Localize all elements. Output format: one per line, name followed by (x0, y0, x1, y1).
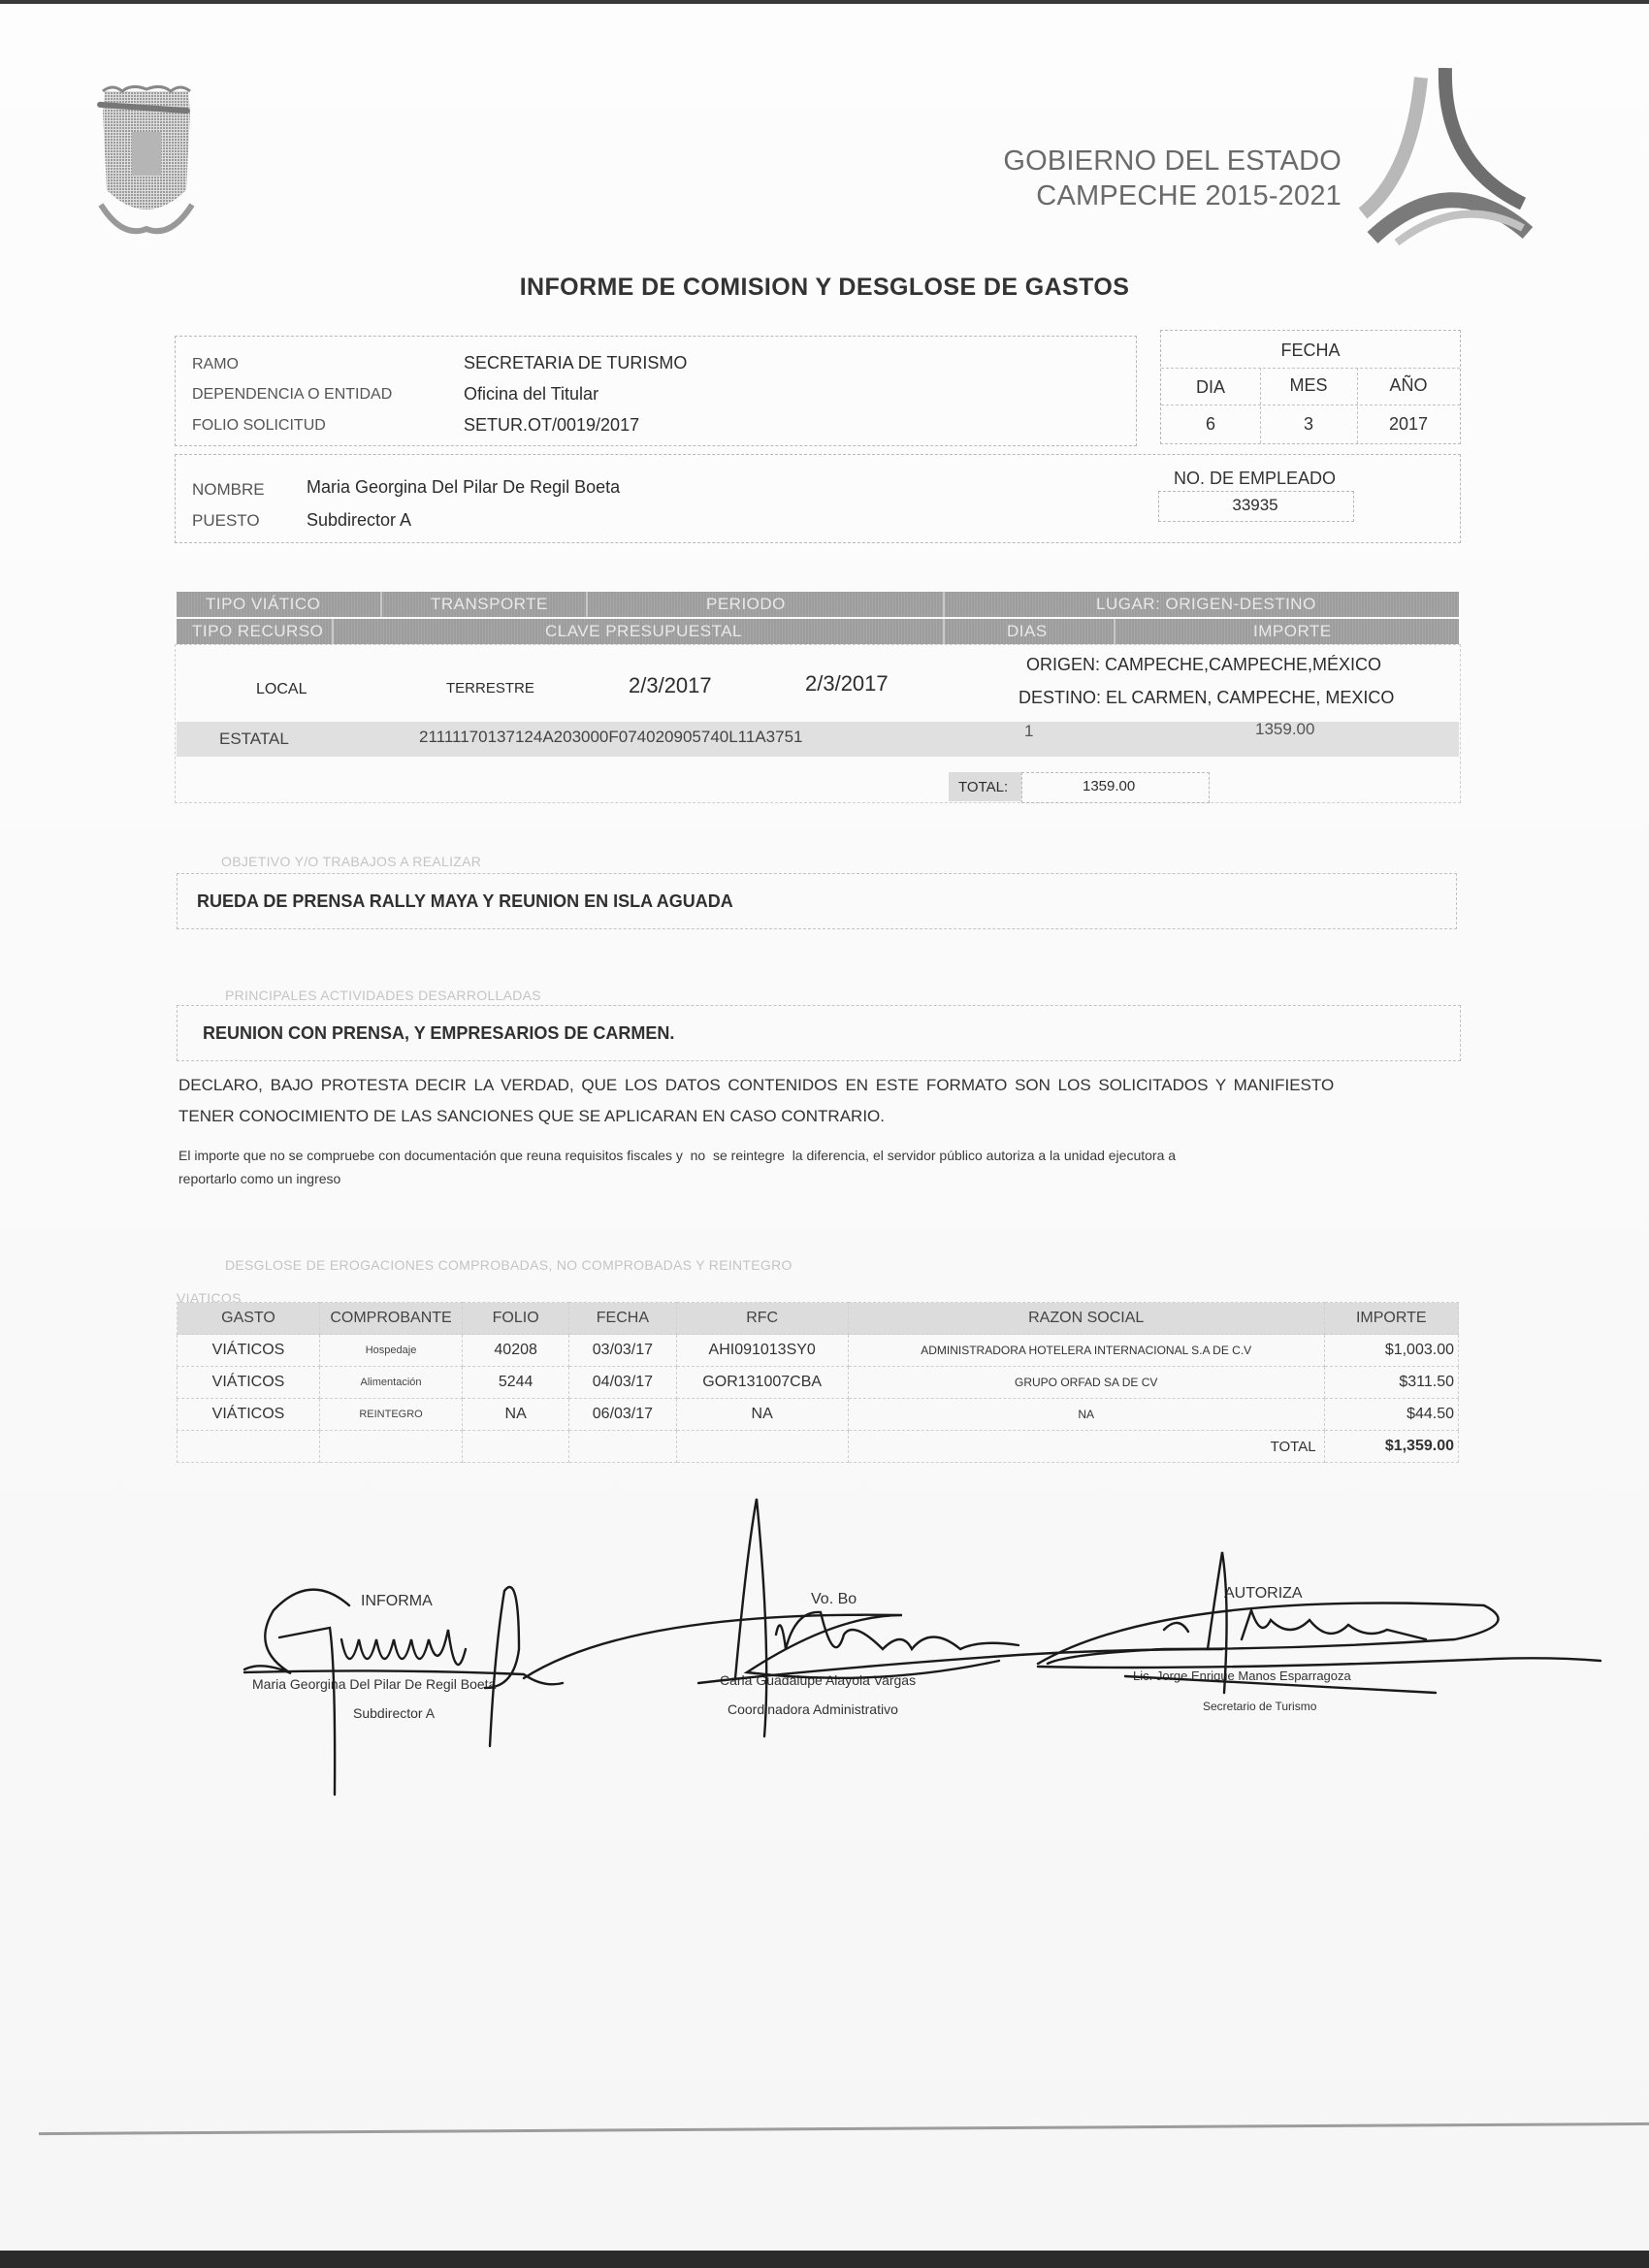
col-fecha: FECHA (569, 1303, 676, 1335)
travel-header-row-1: TIPO VIÁTICO TRANSPORTE PERIODO LUGAR: O… (177, 592, 1459, 617)
tipo-viatico-value: LOCAL (256, 681, 307, 698)
empleado-label: NO. DE EMPLEADO (1174, 469, 1336, 489)
th-tipo-viatico: TIPO VIÁTICO (206, 595, 320, 614)
desglose-title: DESGLOSE DE EROGACIONES COMPROBADAS, NO … (225, 1257, 792, 1273)
transporte-value: TERRESTRE (446, 680, 534, 697)
folio-cell: NA (463, 1399, 569, 1431)
gasto-cell: VIÁTICOS (178, 1367, 320, 1399)
scan-fold-line (39, 2122, 1649, 2135)
nombre-label: NOMBRE (192, 480, 265, 500)
document-page: GOBIERNO DEL ESTADO CAMPECHE 2015-2021 I… (0, 0, 1649, 2268)
scan-edge-bottom (0, 2251, 1649, 2268)
declaracion-line-1: DECLARO, BAJO PROTESTA DECIR LA VERDAD, … (178, 1073, 1459, 1098)
autoriza-role: Secretario de Turismo (1203, 1700, 1316, 1713)
destino-value: DESTINO: EL CARMEN, CAMPECHE, MEXICO (1018, 688, 1394, 708)
government-title: GOBIERNO DEL ESTADO CAMPECHE 2015-2021 (973, 144, 1342, 213)
gov-line-1: GOBIERNO DEL ESTADO (973, 144, 1342, 178)
vobo-role: Coordinadora Administrativo (727, 1701, 898, 1717)
anio-value: 2017 (1357, 414, 1460, 435)
clave-presupuestal-value: 21111170137124A203000F074020905740L11A37… (419, 728, 802, 747)
th-tipo-recurso: TIPO RECURSO (192, 622, 323, 641)
vobo-label: Vo. Bo (811, 1591, 857, 1608)
scan-edge-top (0, 0, 1649, 4)
actividades-value: REUNION CON PRENSA, Y EMPRESARIOS DE CAR… (203, 1023, 674, 1044)
razon-social-cell: NA (848, 1399, 1324, 1431)
fecha-cell: 04/03/17 (569, 1367, 676, 1399)
campeche-government-logo-icon (1353, 68, 1547, 247)
periodo-fin: 2/3/2017 (805, 671, 889, 697)
th-transporte: TRANSPORTE (431, 595, 548, 614)
tipo-recurso-value: ESTATAL (219, 729, 289, 749)
empleado-value: 33935 (1158, 496, 1352, 515)
autoriza-name: Lic. Jorge Enrique Manos Esparragoza (1133, 1669, 1351, 1683)
expense-row: VIÁTICOS Hospedaje 40208 03/03/17 AHI091… (178, 1335, 1459, 1367)
objetivo-label: OBJETIVO Y/O TRABAJOS A REALIZAR (221, 854, 481, 869)
folio-value: SETUR.OT/0019/2017 (464, 415, 639, 436)
periodo-inicio: 2/3/2017 (629, 673, 712, 698)
mes-label: MES (1260, 375, 1357, 396)
anio-label: AÑO (1357, 375, 1460, 396)
travel-total-value: 1359.00 (1083, 778, 1135, 794)
col-gasto: GASTO (178, 1303, 320, 1335)
mes-value: 3 (1260, 414, 1357, 435)
fecha-title: FECHA (1161, 340, 1460, 361)
dias-value: 1 (1024, 722, 1033, 741)
ramo-label: RAMO (192, 356, 239, 373)
fecha-table: FECHA DIA MES AÑO 6 3 2017 (1160, 330, 1461, 444)
autoriza-label: AUTORIZA (1224, 1585, 1303, 1603)
dia-label: DIA (1161, 377, 1260, 398)
vobo-name: Carla Guadalupe Alayola Vargas (720, 1672, 916, 1688)
rfc-cell: AHI091013SY0 (676, 1335, 848, 1367)
th-lugar: LUGAR: ORIGEN-DESTINO (1096, 595, 1316, 614)
rfc-cell: NA (676, 1399, 848, 1431)
comprobante-cell: Hospedaje (320, 1335, 463, 1367)
importe-cell: $44.50 (1324, 1399, 1458, 1431)
expense-total-label: TOTAL (848, 1431, 1324, 1463)
expense-header-row: GASTO COMPROBANTE FOLIO FECHA RFC RAZON … (178, 1303, 1459, 1335)
gov-line-2: CAMPECHE 2015-2021 (973, 178, 1342, 213)
origen-value: ORIGEN: CAMPECHE,CAMPECHE,MÉXICO (1026, 655, 1381, 675)
th-periodo: PERIODO (706, 595, 786, 614)
expense-total-row: TOTAL $1,359.00 (178, 1431, 1459, 1463)
informa-name: Maria Georgina Del Pilar De Regil Boeta (252, 1676, 496, 1692)
ramo-value: SECRETARIA DE TURISMO (464, 353, 687, 373)
puesto-value: Subdirector A (307, 510, 411, 531)
dia-value: 6 (1161, 414, 1260, 435)
comprobante-cell: REINTEGRO (320, 1399, 463, 1431)
razon-social-cell: GRUPO ORFAD SA DE CV (848, 1367, 1324, 1399)
folio-cell: 40208 (463, 1335, 569, 1367)
th-dias: DIAS (1007, 622, 1048, 641)
puesto-label: PUESTO (192, 511, 260, 531)
gasto-cell: VIÁTICOS (178, 1399, 320, 1431)
col-comprobante: COMPROBANTE (320, 1303, 463, 1335)
nota-line-2: reportarlo como un ingreso (178, 1168, 340, 1190)
actividades-box: REUNION CON PRENSA, Y EMPRESARIOS DE CAR… (177, 1005, 1461, 1061)
informa-label: INFORMA (361, 1593, 433, 1610)
declaracion-line-2: TENER CONOCIMIENTO DE LAS SANCIONES QUE … (178, 1104, 885, 1129)
importe-cell: $1,003.00 (1324, 1335, 1458, 1367)
th-importe: IMPORTE (1253, 622, 1332, 641)
travel-total-label: TOTAL: (958, 779, 1008, 795)
fecha-cell: 03/03/17 (569, 1335, 676, 1367)
folio-label: FOLIO SOLICITUD (192, 417, 326, 435)
gasto-cell: VIÁTICOS (178, 1335, 320, 1367)
expense-row: VIÁTICOS REINTEGRO NA 06/03/17 NA NA $44… (178, 1399, 1459, 1431)
folio-cell: 5244 (463, 1367, 569, 1399)
nota-line-1: El importe que no se compruebe con docum… (178, 1145, 1176, 1167)
informa-role: Subdirector A (353, 1705, 435, 1721)
actividades-label: PRINCIPALES ACTIVIDADES DESARROLLADAS (225, 988, 541, 1003)
expense-table: GASTO COMPROBANTE FOLIO FECHA RFC RAZON … (177, 1302, 1459, 1463)
col-razon-social: RAZON SOCIAL (848, 1303, 1324, 1335)
col-folio: FOLIO (463, 1303, 569, 1335)
expense-total-value: $1,359.00 (1324, 1431, 1458, 1463)
rfc-cell: GOR131007CBA (676, 1367, 848, 1399)
travel-header-row-2: TIPO RECURSO CLAVE PRESUPUESTAL DIAS IMP… (177, 619, 1459, 644)
razon-social-cell: ADMINISTRADORA HOTELERA INTERNACIONAL S.… (848, 1335, 1324, 1367)
dependencia-value: Oficina del Titular (464, 384, 598, 405)
dependencia-label: DEPENDENCIA O ENTIDAD (192, 386, 392, 404)
th-clave-presupuestal: CLAVE PRESUPUESTAL (545, 622, 742, 641)
importe-value: 1359.00 (1255, 720, 1314, 739)
expense-row: VIÁTICOS Alimentación 5244 04/03/17 GOR1… (178, 1367, 1459, 1399)
col-rfc: RFC (676, 1303, 848, 1335)
importe-cell: $311.50 (1324, 1367, 1458, 1399)
objetivo-value: RUEDA DE PRENSA RALLY MAYA Y REUNION EN … (197, 891, 733, 912)
objetivo-box: RUEDA DE PRENSA RALLY MAYA Y REUNION EN … (177, 873, 1457, 929)
document-title: INFORME DE COMISION Y DESGLOSE DE GASTOS (0, 274, 1649, 302)
col-importe: IMPORTE (1324, 1303, 1458, 1335)
fecha-cell: 06/03/17 (569, 1399, 676, 1431)
comprobante-cell: Alimentación (320, 1367, 463, 1399)
nombre-value: Maria Georgina Del Pilar De Regil Boeta (307, 477, 620, 498)
